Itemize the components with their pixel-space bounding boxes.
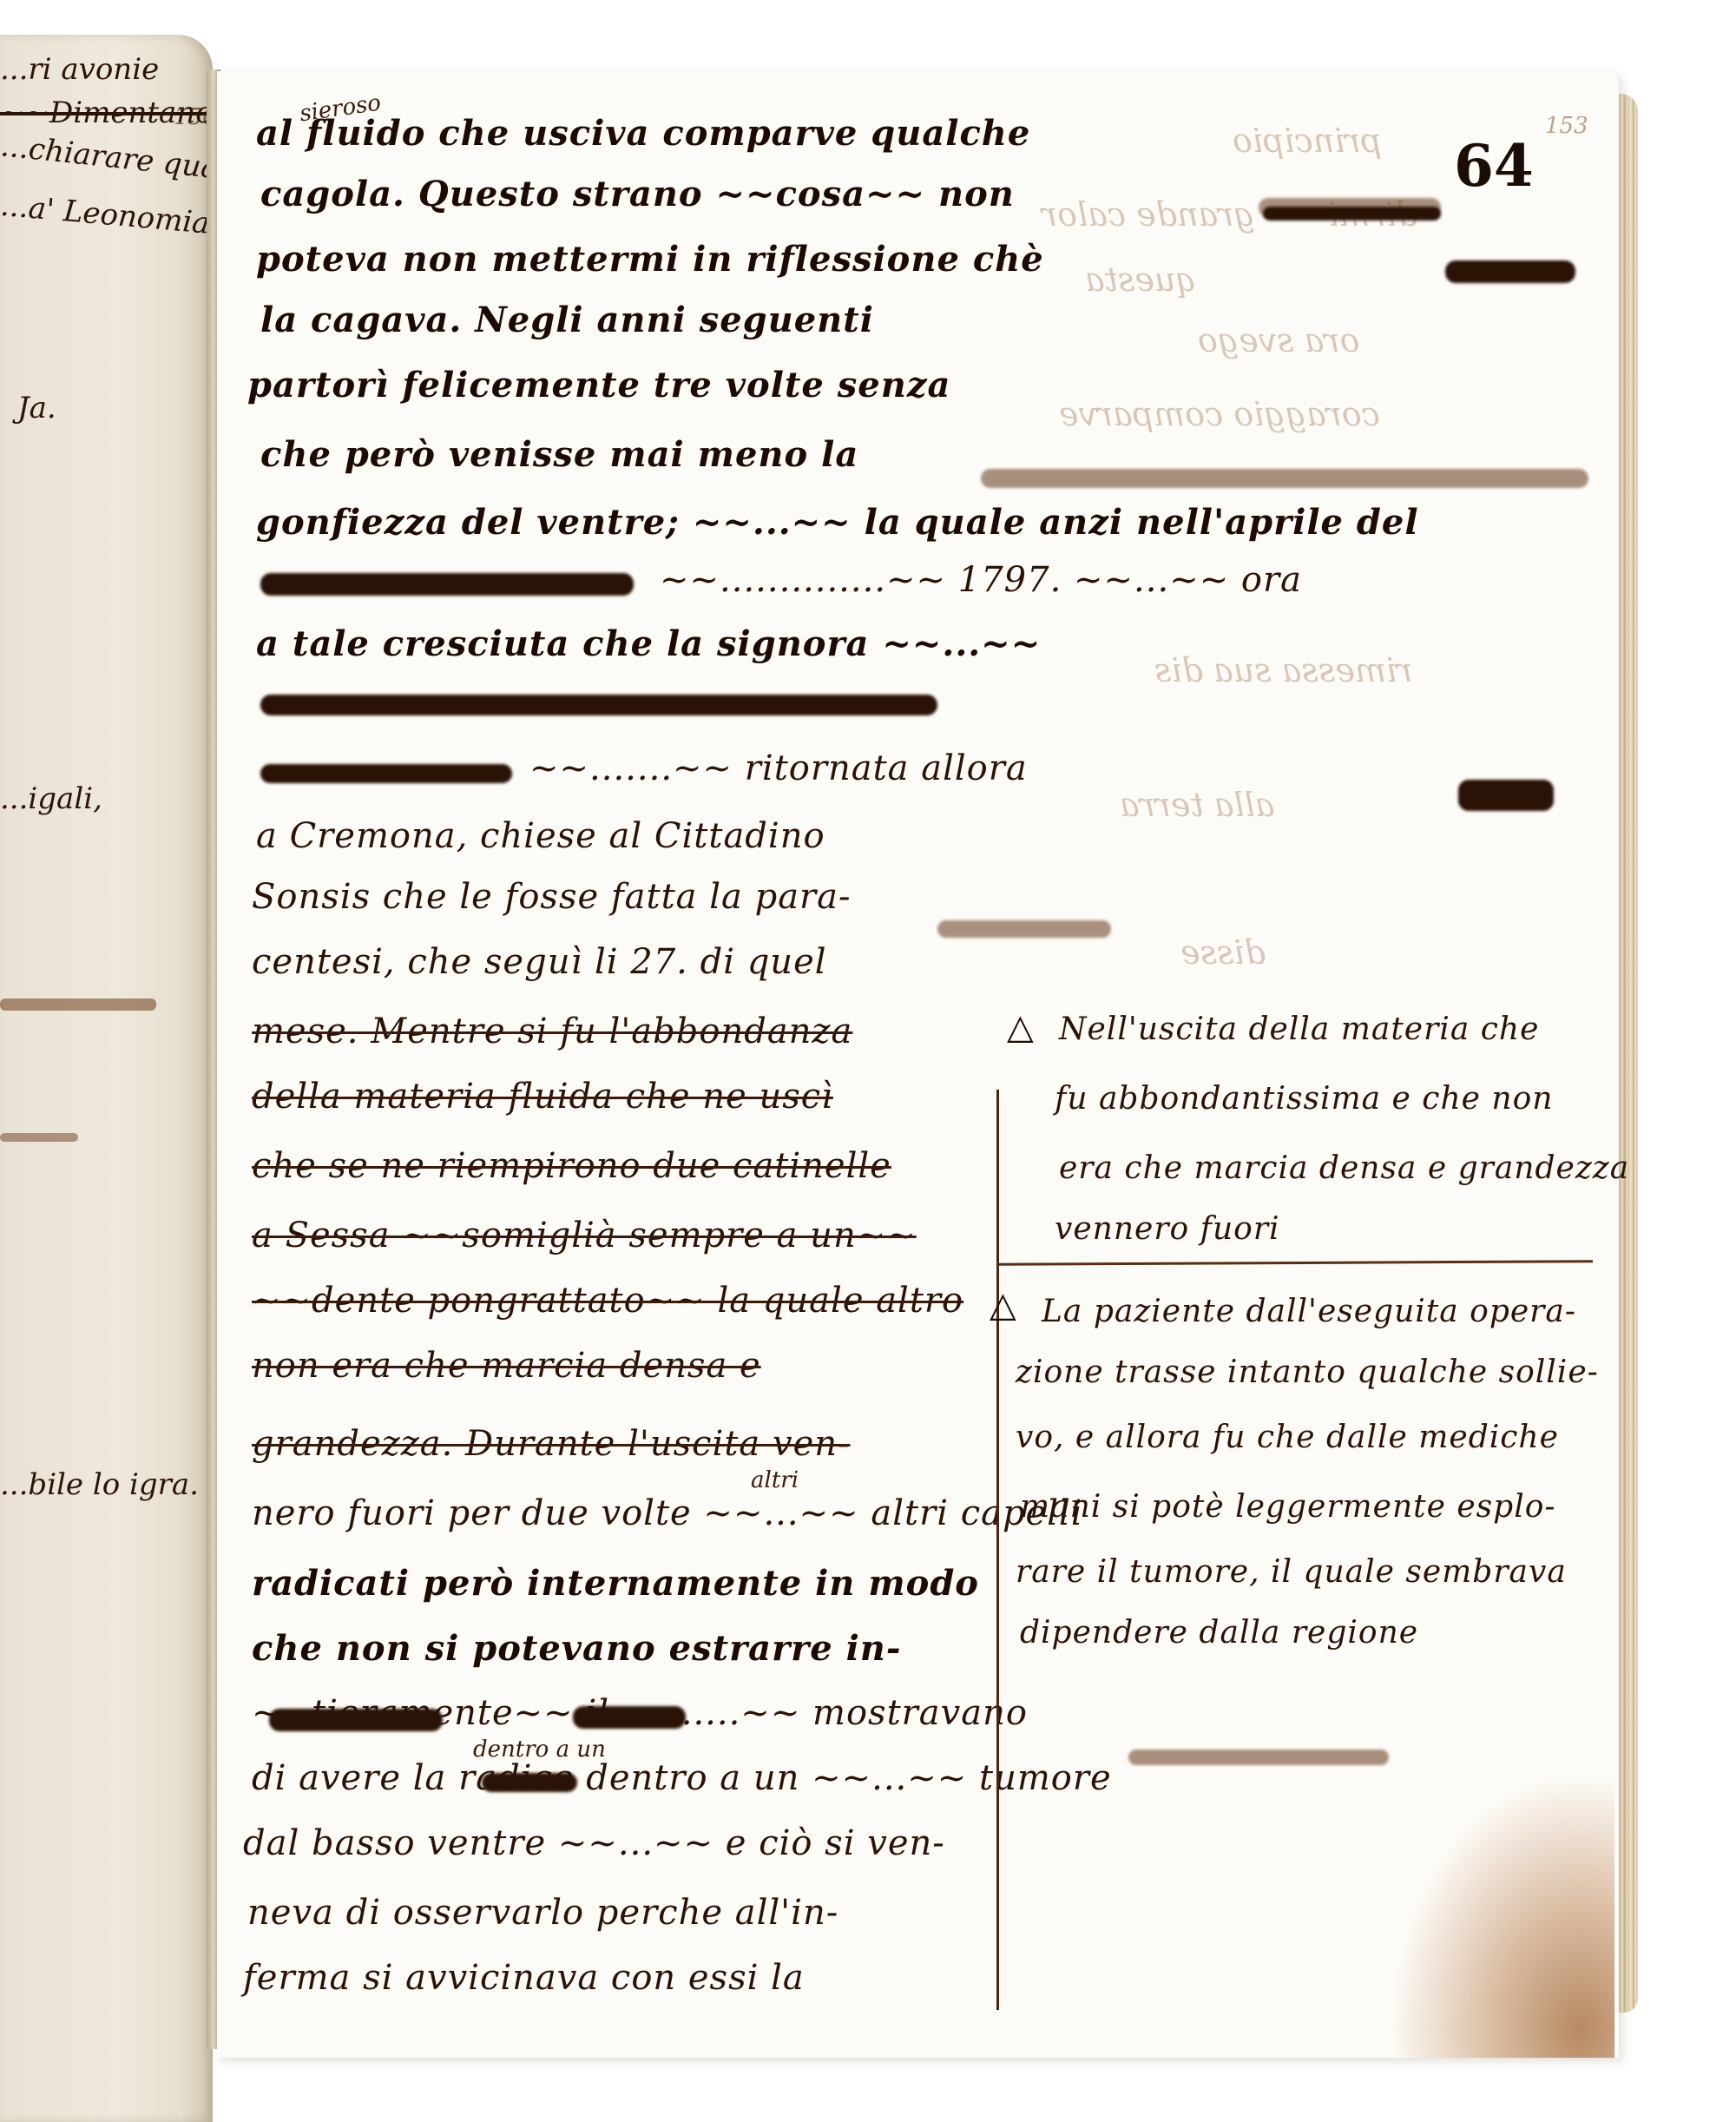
- margin-note-line: zione trasse intanto qualche sollie-: [1016, 1354, 1599, 1390]
- interlinear-insert: altri: [751, 1467, 799, 1493]
- margin-note-line: La paziente dall'eseguita opera-: [1042, 1294, 1576, 1329]
- bleed-through-text: coraggio comparve: [1059, 395, 1380, 433]
- margin-note-line: mani si potè leggermente esplo-: [1020, 1489, 1556, 1525]
- margin-note-line: vo, e allora fu che dalle mediche: [1016, 1420, 1559, 1455]
- bleed-through-text: rimessa sua dis: [1154, 651, 1412, 689]
- bleed-through-text: questa: [1085, 260, 1197, 299]
- text-line: della materia fluida che ne uscì: [252, 1077, 833, 1117]
- text-line: non era che marcia densa e: [252, 1346, 761, 1386]
- text-line: gonfiezza del ventre; ~~...~~ la quale a…: [256, 502, 1419, 543]
- text-line: radicati però internamente in modo: [252, 1563, 979, 1604]
- bleed-through-text: disse: [1180, 933, 1266, 972]
- text-line: ~~dente pongrattato~~ la quale altro: [252, 1281, 963, 1321]
- text-line: al fluido che usciva comparve qualche: [256, 113, 1030, 154]
- triangle-note-icon: △: [1007, 1007, 1034, 1047]
- text-line: cagola. Questo strano ~~cosa~~ non: [260, 174, 1015, 214]
- left-line: ...ri avonie: [0, 52, 159, 87]
- left-line: ...bile lo igra.: [0, 1467, 199, 1502]
- bleed-through-text: grande calor: [1042, 195, 1255, 234]
- text-line: nero fuori per due volte ~~...~~ altri c…: [252, 1493, 1083, 1533]
- text-line: a Sessa ~~somiglià sempre a un~~: [252, 1216, 917, 1255]
- triangle-note-icon: △: [990, 1285, 1016, 1325]
- bleed-blot: [937, 920, 1111, 938]
- ink-blot: [1445, 260, 1575, 283]
- text-line: di avere la radice dentro a un ~~...~~ t…: [252, 1758, 1112, 1798]
- left-strike-blot: [0, 998, 156, 1011]
- bleed-through-text: principio: [1233, 122, 1382, 160]
- ink-blot: [260, 573, 634, 596]
- margin-note-line: rare il tumore, il quale sembrava: [1016, 1554, 1567, 1590]
- bleed-blot: [1128, 1750, 1389, 1765]
- ink-blot: [1263, 207, 1441, 221]
- text-line: a tale cresciuta che la signora ~~...~~: [256, 623, 1041, 664]
- ink-blot: [1458, 780, 1554, 811]
- text-line: centesi, che seguì li 27. di quel: [252, 942, 827, 982]
- text-line: partorì felicemente tre volte senza: [247, 365, 950, 405]
- text-line: dal basso ventre ~~...~~ e ciò si ven-: [243, 1823, 945, 1863]
- left-strike-blot: [0, 1133, 78, 1142]
- text-line: grandezza. Durante l'uscita ven-: [252, 1424, 851, 1464]
- bleed-blot: [981, 469, 1588, 488]
- text-line: ~~tieramente~~ il ~~.....~~ mostravano: [252, 1693, 1028, 1733]
- text-line: che però venisse mai meno la: [260, 434, 858, 475]
- margin-note-line: Nell'uscita della materia che: [1059, 1012, 1539, 1047]
- text-line: ferma si avvicinava con essi la: [243, 1958, 805, 1998]
- ink-blot: [260, 764, 512, 783]
- text-line: ~~..............~~ 1797. ~~...~~ ora: [660, 560, 1302, 600]
- margin-note-line: era che marcia densa e grandezza: [1059, 1150, 1629, 1186]
- margin-note-line: fu abbondantissima e che non: [1055, 1081, 1553, 1117]
- text-line: che se ne riempirono due catinelle: [252, 1146, 891, 1186]
- left-line: ...igali,: [0, 781, 102, 816]
- text-line: neva di osservarlo perche all'in-: [247, 1893, 838, 1933]
- text-line: poteva non mettermi in riflessione chè: [256, 239, 1044, 280]
- margin-note-line: dipendere dalla regione: [1020, 1615, 1418, 1651]
- margin-note-line: vennero fuori: [1055, 1211, 1280, 1247]
- text-line: che non si potevano estrarre in-: [252, 1628, 901, 1669]
- column-divider: [996, 1090, 999, 2010]
- text-line: ~~.......~~ ritornata allora: [529, 748, 1028, 788]
- text-line: Sonsis che le fosse fatta la para-: [252, 877, 852, 917]
- text-line: a Cremona, chiese al Cittadino: [256, 816, 825, 856]
- page-number: 64: [1454, 132, 1534, 200]
- old-page-number: 153: [1545, 113, 1588, 139]
- corner-stain: [1389, 1771, 1614, 2058]
- text-line: la cagava. Negli anni seguenti: [260, 300, 874, 340]
- left-line: Ja.: [17, 391, 56, 425]
- bleed-through-text: ora svego: [1198, 321, 1359, 359]
- bleed-through-text: alla terra: [1120, 786, 1274, 824]
- ink-blot: [260, 695, 937, 715]
- text-line: mese. Mentre si fu l'abbondanza: [252, 1012, 852, 1051]
- left-page: 150 ...ri avonie ~~Dimentano~~ ...chiara…: [0, 35, 213, 2122]
